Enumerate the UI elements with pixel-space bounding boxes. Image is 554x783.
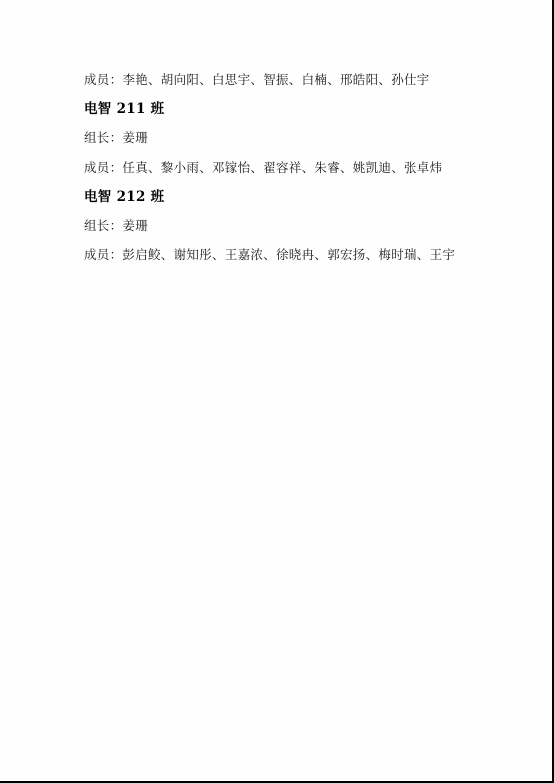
leader-line: 组长：姜珊 (84, 129, 524, 158)
class-heading: 电智 211 班 (84, 100, 524, 129)
leader-label: 组长： (84, 130, 122, 145)
class-heading: 电智 212 班 (84, 188, 524, 217)
members-label: 成员： (84, 160, 122, 175)
members-line: 成员：李艳、胡向阳、白思宇、智振、白楠、邢皓阳、孙仕宇 (84, 71, 524, 100)
leader-line: 组长：姜珊 (84, 217, 524, 246)
members-label: 成员： (84, 72, 122, 87)
members-list: 李艳、胡向阳、白思宇、智振、白楠、邢皓阳、孙仕宇 (122, 72, 429, 87)
members-list: 彭启鲛、谢知彤、王嘉浓、徐晓冉、郭宏扬、梅时瑞、王宇 (122, 247, 455, 262)
document-page: 成员：李艳、胡向阳、白思宇、智振、白楠、邢皓阳、孙仕宇 电智 211 班 组长：… (0, 0, 554, 783)
document-content: 成员：李艳、胡向阳、白思宇、智振、白楠、邢皓阳、孙仕宇 电智 211 班 组长：… (84, 71, 524, 275)
leader-name: 姜珊 (122, 130, 148, 145)
members-list: 任真、黎小雨、邓镓怡、翟容祥、朱睿、姚凯迪、张卓炜 (122, 160, 442, 175)
members-line: 成员：任真、黎小雨、邓镓怡、翟容祥、朱睿、姚凯迪、张卓炜 (84, 159, 524, 188)
leader-name: 姜珊 (122, 218, 148, 233)
leader-label: 组长： (84, 218, 122, 233)
members-label: 成员： (84, 247, 122, 262)
members-line: 成员：彭启鲛、谢知彤、王嘉浓、徐晓冉、郭宏扬、梅时瑞、王宇 (84, 246, 524, 275)
